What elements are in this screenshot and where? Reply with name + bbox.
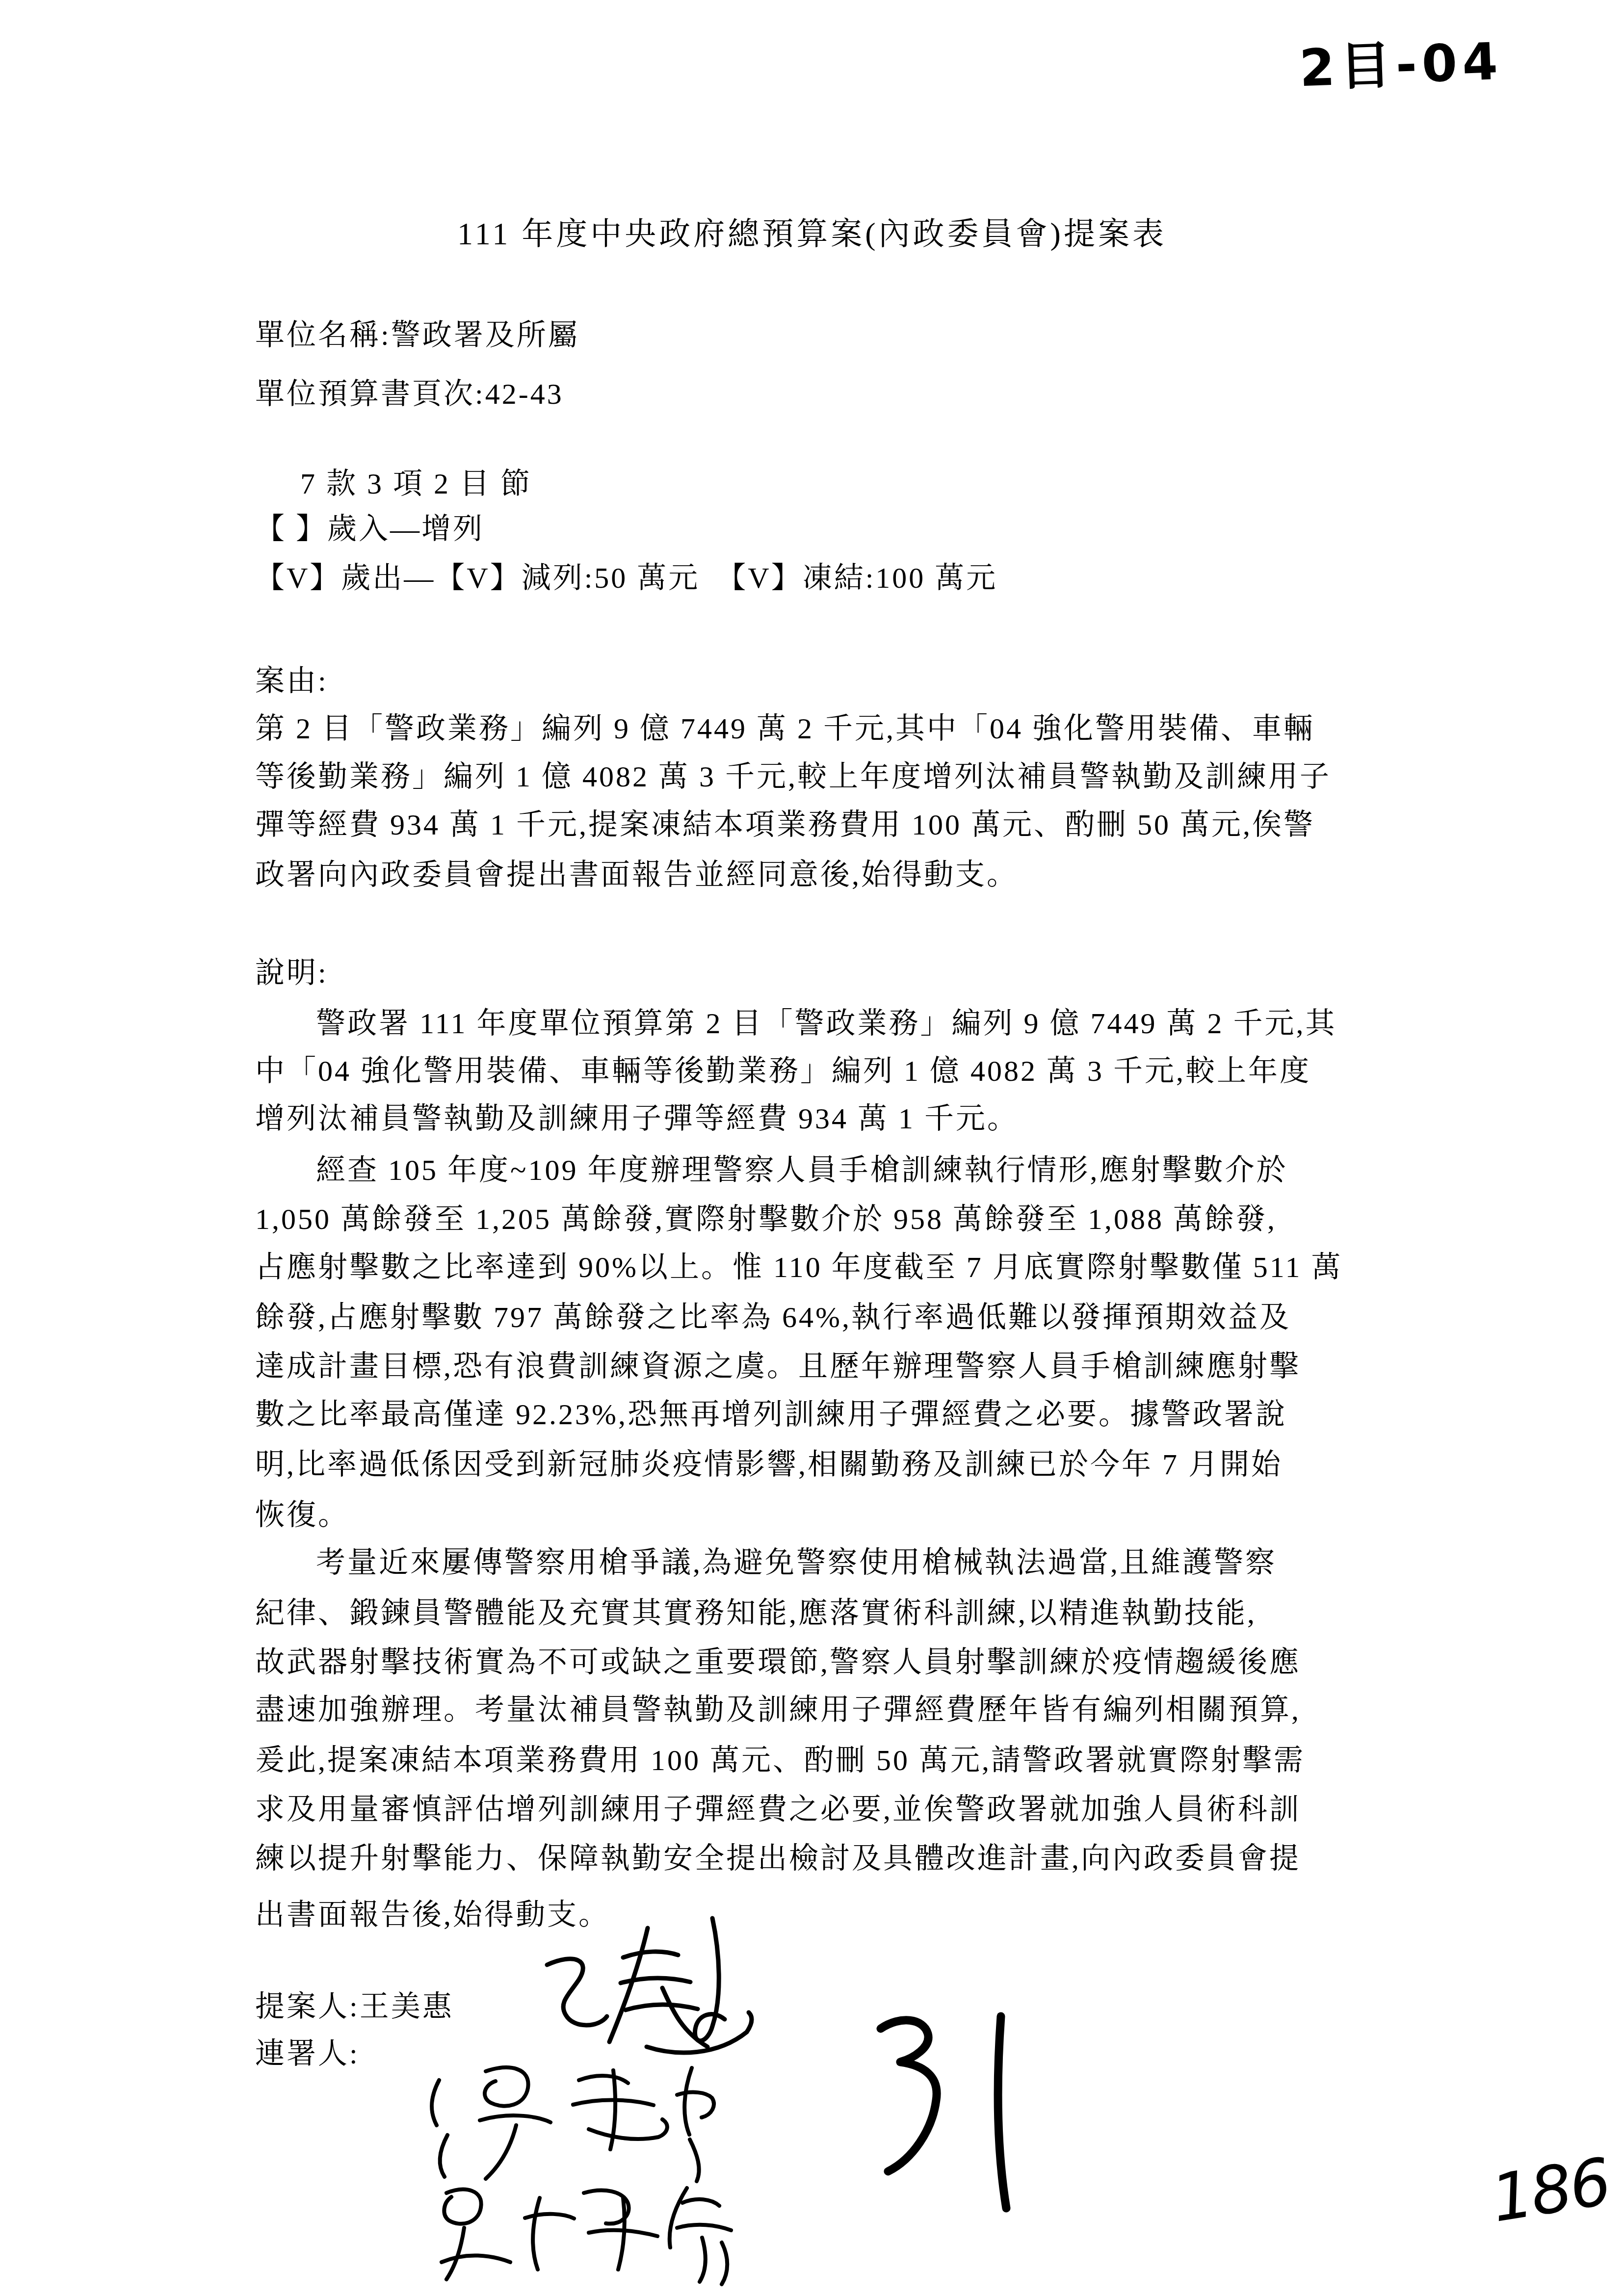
- handwritten-case-number: [854, 2002, 1030, 2247]
- proposer-line: 提案人:王美惠: [255, 1983, 454, 2025]
- case-line: 第 2 目「警政業務」編列 9 億 7449 萬 2 千元,其中「04 強化警用…: [255, 705, 1315, 747]
- explanation-line: 故武器射擊技術實為不可或缺之重要環節,警察人員射擊訓練於疫情趨緩後應: [255, 1639, 1301, 1681]
- handwritten-corner-note: 2目-04: [1298, 20, 1504, 101]
- explanation-line: 練以提升射擊能力、保障執勤安全提出檢討及具體改進計畫,向內政委員會提: [255, 1835, 1301, 1877]
- explanation-line: 明,比率過低係因受到新冠肺炎疫情影響,相關勤務及訓練已於今年 7 月開始: [255, 1441, 1283, 1483]
- explanation-line: 恢復。: [255, 1491, 349, 1534]
- explanation-line: 達成計畫目標,恐有浪費訓練資源之虞。且歷年辦理警察人員手槍訓練應射擊: [255, 1343, 1301, 1385]
- explanation-line: 求及用量審慎評估增列訓練用子彈經費之必要,並俟警政署就加強人員術科訓: [255, 1786, 1301, 1828]
- explanation-line: 經查 105 年度~109 年度辦理警察人員手槍訓練執行情形,應射擊數介於: [255, 1147, 1287, 1189]
- expenditure-checkbox-line: 【V】歲出—【V】減列:50 萬元 【V】凍結:100 萬元: [255, 554, 997, 597]
- document-page: 2目-04 111 年度中央政府總預算案(內政委員會)提案表 單位名稱:警政署及…: [0, 0, 1624, 2296]
- case-line: 等後勤業務」編列 1 億 4082 萬 3 千元,較上年度增列汰補員警執勤及訓練…: [255, 753, 1331, 795]
- explanation-line: 爰此,提案凍結本項業務費用 100 萬元、酌刪 50 萬元,請警政署就實際射擊需: [255, 1737, 1305, 1779]
- cosigner-signature-handwriting-1: [417, 2051, 721, 2188]
- case-line: 彈等經費 934 萬 1 千元,提案凍結本項業務費用 100 萬元、酌刪 50 …: [255, 801, 1315, 843]
- cosigner-signature-handwriting-2: [427, 2168, 746, 2291]
- explanation-line: 中「04 強化警用裝備、車輛等後勤業務」編列 1 億 4082 萬 3 千元,較…: [255, 1047, 1311, 1090]
- cosigner-label: 連署人:: [255, 2030, 360, 2072]
- explanation-heading: 說明:: [255, 949, 328, 991]
- proposer-signature-handwriting: [500, 1899, 756, 2065]
- page-title: 111 年度中央政府總預算案(內政委員會)提案表: [0, 209, 1624, 254]
- explanation-line: 數之比率最高僅達 92.23%,恐無再增列訓練用子彈經費之必要。據警政署說: [255, 1391, 1287, 1433]
- revenue-checkbox-line: 【 】歲入—增列: [255, 505, 484, 548]
- explanation-line: 盡速加強辦理。考量汰補員警執勤及訓練用子彈經費歷年皆有編列相關預算,: [255, 1686, 1301, 1728]
- explanation-line: 增列汰補員警執勤及訓練用子彈等經費 934 萬 1 千元。: [255, 1095, 1019, 1137]
- case-heading: 案由:: [255, 657, 328, 700]
- unit-name-line: 單位名稱:警政署及所屬: [255, 312, 579, 354]
- explanation-line: 1,050 萬餘發至 1,205 萬餘發,實際射擊數介於 958 萬餘發至 1,…: [255, 1196, 1277, 1238]
- budget-clause-line: 7 款 3 項 2 目 節: [300, 460, 532, 502]
- case-line: 政署向內政委員會提出書面報告並經同意後,始得動支。: [255, 851, 1018, 893]
- budget-page-line: 單位預算書頁次:42-43: [255, 370, 564, 413]
- explanation-line: 警政署 111 年度單位預算第 2 目「警政業務」編列 9 億 7449 萬 2…: [255, 1000, 1337, 1042]
- explanation-line: 考量近來屢傳警察用槍爭議,為避免警察使用槍械執法過當,且維護警察: [255, 1539, 1277, 1581]
- explanation-line: 紀律、鍛鍊員警體能及充實其實務知能,應落實術科訓練,以精進執勤技能,: [255, 1590, 1257, 1632]
- handwritten-page-number: 186: [1486, 2144, 1614, 2237]
- explanation-line: 占應射擊數之比率達到 90%以上。惟 110 年度截至 7 月底實際射擊數僅 5…: [255, 1244, 1343, 1286]
- explanation-line: 餘發,占應射擊數 797 萬餘發之比率為 64%,執行率過低難以發揮預期效益及: [255, 1294, 1291, 1336]
